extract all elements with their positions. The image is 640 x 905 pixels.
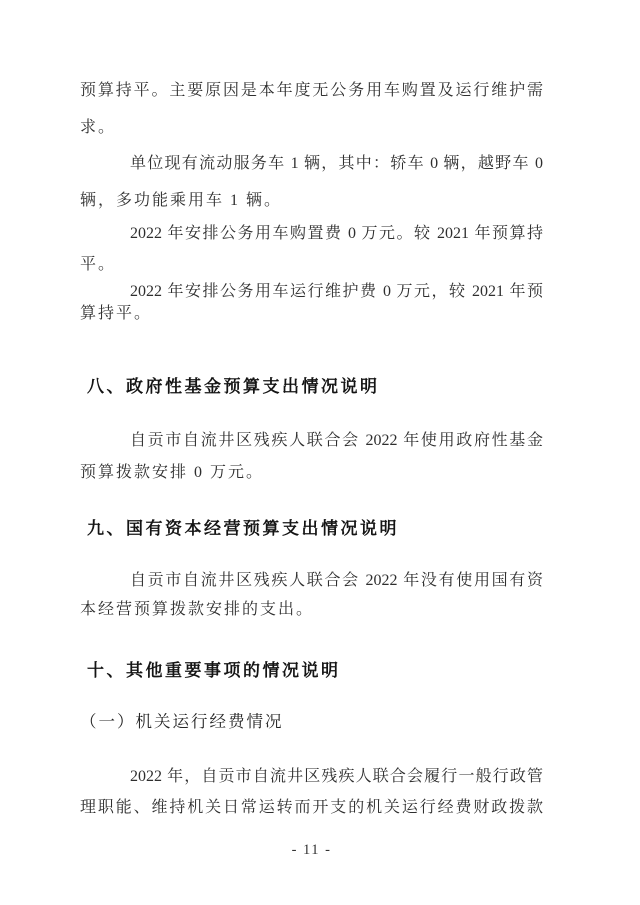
para-purchase-line1: 2022 年安排公务用车购置费 0 万元。较 2021 年预算持 — [80, 223, 543, 244]
section8-heading: 八、政府性基金预算支出情况说明 — [87, 372, 380, 397]
para-maintenance-line1: 2022 年安排公务用车运行维护费 0 万元，较 2021 年预 — [80, 281, 543, 302]
section9-para-line1: 自贡市自流井区残疾人联合会 2022 年没有使用国有资 — [80, 570, 543, 591]
para-maintenance-line2: 算持平。 — [80, 303, 543, 324]
section10-para-line2: 理职能、维持机关日常运转而开支的机关运行经费财政拨款 — [80, 797, 543, 818]
document-page: 预算持平。主要原因是本年度无公务用车购置及运行维护需 求。 单位现有流动服务车 … — [0, 0, 640, 905]
para-purchase-line2: 平。 — [80, 254, 543, 275]
section9-para-line2: 本经营预算拨款安排的支出。 — [80, 599, 543, 620]
section10-heading: 十、其他重要事项的情况说明 — [87, 656, 341, 681]
para-carryover-line1: 预算持平。主要原因是本年度无公务用车购置及运行维护需 — [80, 80, 543, 101]
para-fleet-line2: 辆，多功能乘用车 1 辆。 — [80, 190, 543, 211]
para-fleet-line1: 单位现有流动服务车 1 辆，其中：轿车 0 辆，越野车 0 — [80, 153, 543, 174]
section8-para-line2: 预算拨款安排 0 万元。 — [80, 462, 543, 483]
page-number: - 11 - — [80, 842, 543, 859]
section9-heading: 九、国有资本经营预算支出情况说明 — [87, 514, 399, 539]
para-carryover-line2: 求。 — [80, 117, 543, 138]
section10-sub1-heading: （一）机关运行经费情况 — [80, 708, 284, 732]
section10-para-line1: 2022 年，自贡市自流井区残疾人联合会履行一般行政管 — [80, 766, 543, 787]
section8-para-line1: 自贡市自流井区残疾人联合会 2022 年使用政府性基金 — [80, 430, 543, 451]
